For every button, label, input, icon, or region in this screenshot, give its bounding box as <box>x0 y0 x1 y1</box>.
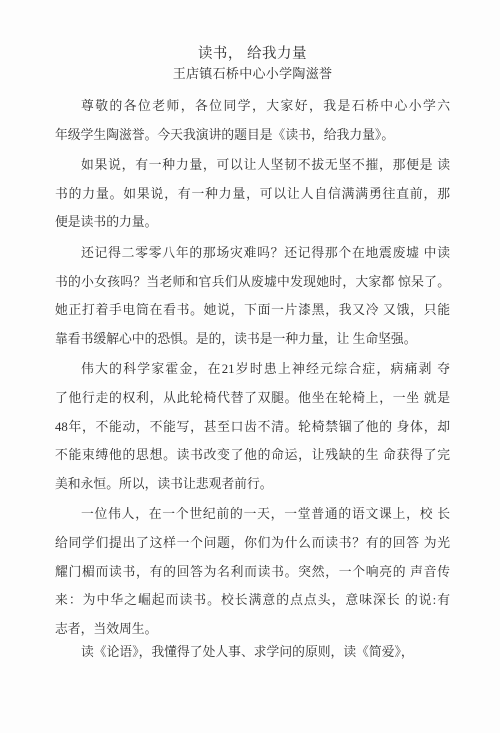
text-line: 便是读书的力量。 <box>55 208 450 237</box>
document-page: 读书， 给我力量 王店镇石桥中心小学陶滋誉 尊敬的各位老师，各位同学，大家好，我… <box>0 0 500 733</box>
paragraph: 伟大的科学家霍金，在21岁时患上神经元综合症，病痛剥 夺了他行走的权利，从此轮椅… <box>55 355 450 498</box>
text-line: 伟大的科学家霍金，在21岁时患上神经元综合症，病痛剥 夺 <box>55 355 450 384</box>
text-line: 48年，不能动，不能写，甚至口齿不清。轮椅禁锢了他的 身体，却 <box>55 413 450 442</box>
text-line: 她正打着手电筒在看书。她说，下面一片漆黑，我又冷 又饿，只能 <box>55 296 450 325</box>
text-line: 靠看书缓解心中的恐惧。是的，读书是一种力量，让 生命坚强。 <box>55 325 450 354</box>
paragraph: 还记得二零零八年的那场灾难吗？还记得那个在地震废墟 中读书的小女孩吗？当老师和官… <box>55 239 450 353</box>
paragraph: 尊敬的各位老师，各位同学，大家好，我是石桥中心小学六年级学生陶滋誉。今天我演讲的… <box>55 92 450 149</box>
text-line: 读《论语》，我懂得了处人事、求学问的原则，读《简爱》， <box>55 638 450 667</box>
paragraph: 一位伟人，在一个世纪前的一天，一堂普通的语文课上，校 长给同学们提出了这样一个问… <box>55 500 450 643</box>
text-line: 尊敬的各位老师，各位同学，大家好，我是石桥中心小学六 <box>55 92 450 121</box>
text-line: 年级学生陶滋誉。今天我演讲的题目是《读书，给我力量》。 <box>55 121 450 150</box>
document-title: 读书， 给我力量 <box>55 44 450 64</box>
text-line: 来：为中华之崛起而读书。校长满意的点点头，意味深长 的说:有 <box>55 586 450 615</box>
text-line: 不能束缚他的思想。读书改变了他的命运，让残缺的生 命获得了完 <box>55 441 450 470</box>
text-line: 耀门楣而读书，有的回答为名利而读书。突然，一个响亮的 声音传 <box>55 558 450 587</box>
text-line: 了他行走的权利，从此轮椅代替了双腿。他坐在轮椅上，一坐 就是 <box>55 384 450 413</box>
text-line: 还记得二零零八年的那场灾难吗？还记得那个在地震废墟 中读 <box>55 239 450 268</box>
document-author: 王店镇石桥中心小学陶滋誉 <box>55 65 450 82</box>
paragraph: 如果说，有一种力量，可以让人坚韧不拔无坚不摧，那便是 读书的力量。如果说，有一种… <box>55 151 450 237</box>
text-line: 如果说，有一种力量，可以让人坚韧不拔无坚不摧，那便是 读 <box>55 151 450 180</box>
text-line: 美和永恒。所以，读书让悲观者前行。 <box>55 470 450 499</box>
text-line: 给同学们提出了这样一个问题，你们为什么而读书？有的回答 为光 <box>55 529 450 558</box>
text-line: 书的小女孩吗？当老师和官兵们从废墟中发现她时，大家都 惊呆了。 <box>55 268 450 297</box>
paragraph: 读《论语》，我懂得了处人事、求学问的原则，读《简爱》， <box>55 638 450 667</box>
text-line: 一位伟人，在一个世纪前的一天，一堂普通的语文课上，校 长 <box>55 500 450 529</box>
document-body: 尊敬的各位老师，各位同学，大家好，我是石桥中心小学六年级学生陶滋誉。今天我演讲的… <box>55 92 450 667</box>
text-line: 书的力量。如果说，有一种力量，可以让人自信满满勇往直前，那 <box>55 180 450 209</box>
